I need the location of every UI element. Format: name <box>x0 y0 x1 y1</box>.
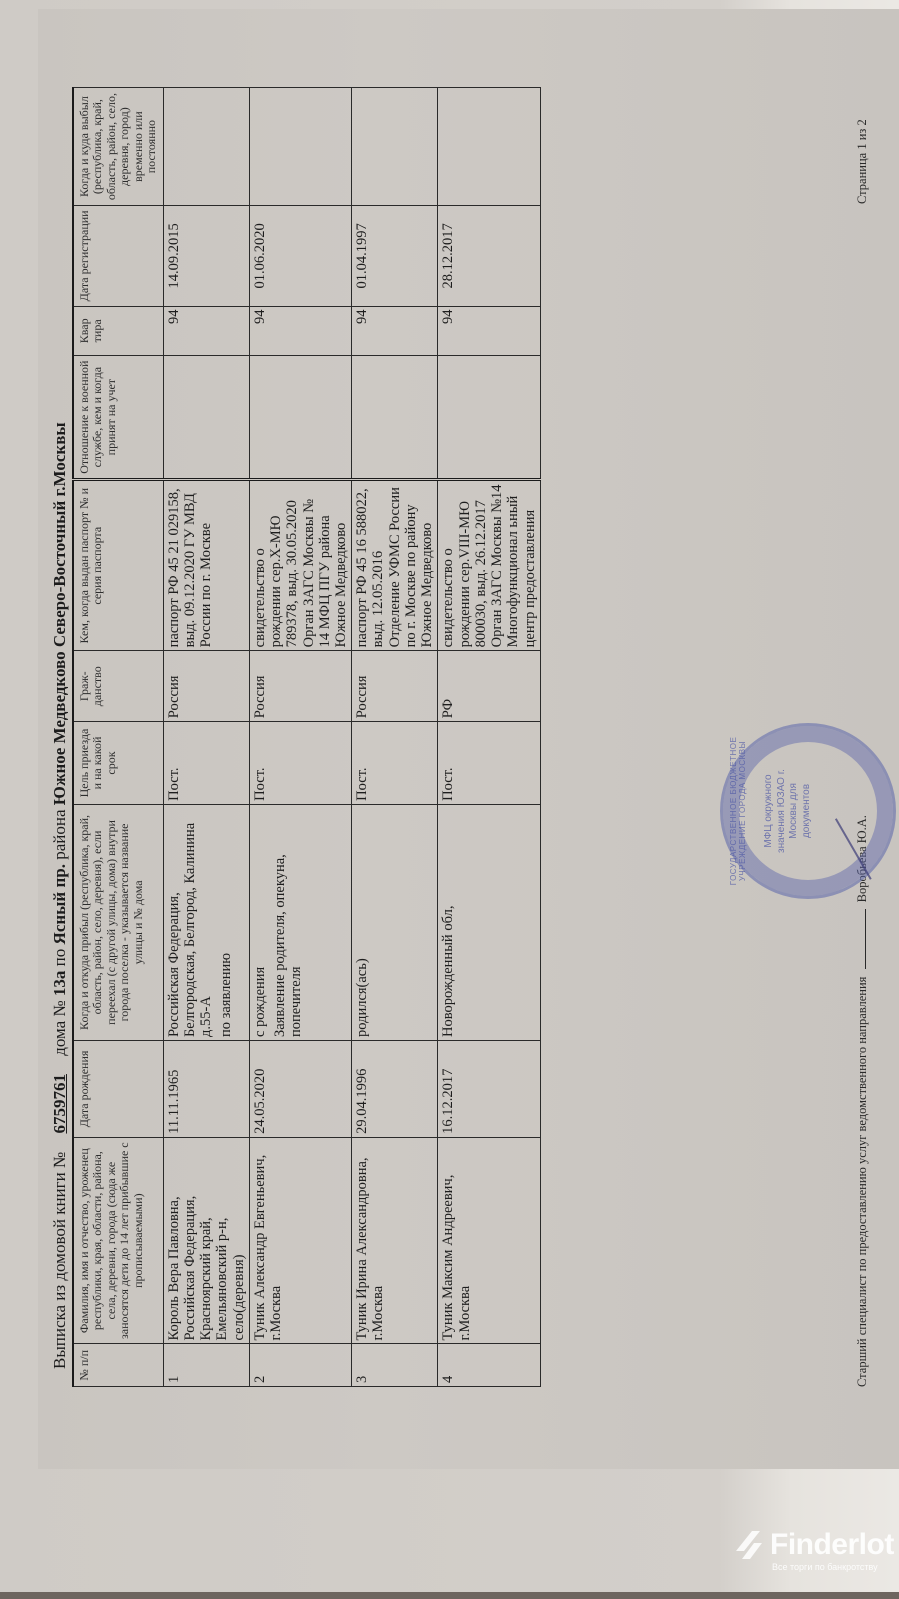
resident-name: Туник Ирина Александровна, г.Москва <box>352 1137 438 1344</box>
arrived-from-text: родился(ась) <box>354 808 370 1037</box>
book-number: 6759761 <box>50 1074 69 1134</box>
military-status <box>438 356 540 480</box>
military-status <box>249 356 351 480</box>
signer-title: Старший специалист по предоставлению усл… <box>855 977 869 1387</box>
rotated-document-page: Выписка из домовой книги № 6759761 дома … <box>0 0 899 1599</box>
signature-line: Старший специалист по предоставлению усл… <box>855 815 870 1387</box>
departed-info <box>163 88 249 206</box>
table-row: 3Туник Ирина Александровна, г.Москва29.0… <box>352 88 438 1387</box>
house-number: 13а <box>50 971 69 997</box>
apartment: 94 <box>249 306 351 356</box>
header-departed: Когда и куда выбыл (республика, край, об… <box>73 88 163 206</box>
signature-blank <box>865 909 866 969</box>
arrived-note: по заявлению <box>218 808 234 1037</box>
house-register-table: № п/п Фамилия, имя и отчество, уроженец … <box>72 87 541 1387</box>
official-stamp: ГОСУДАРСТВЕННОЕ БЮДЖЕТНОЕ УЧРЕЖДЕНИЕ ГОР… <box>720 723 896 899</box>
arrived-from: родился(ась) <box>352 804 438 1040</box>
arrived-from-text: Новорожденный обл, <box>440 808 456 1037</box>
registration-date: 28.12.2017 <box>438 206 540 306</box>
district-name: Южное Медведково Северо-Восточный г.Моск… <box>50 422 69 805</box>
row-num: 3 <box>352 1344 438 1387</box>
title-by: по <box>50 949 69 967</box>
header-citizenship: Граж-данство <box>73 651 163 722</box>
finderlot-logo-icon <box>730 1525 770 1565</box>
row-num: 4 <box>438 1344 540 1387</box>
birth-date: 11.11.1965 <box>163 1041 249 1138</box>
header-name: Фамилия, имя и отчество, уроженец респуб… <box>73 1137 163 1344</box>
registration-date: 01.06.2020 <box>249 206 351 306</box>
stamp-ring-text: ГОСУДАРСТВЕННОЕ БЮДЖЕТНОЕ УЧРЕЖДЕНИЕ ГОР… <box>729 734 747 888</box>
citizenship: Россия <box>163 651 249 722</box>
arrived-from: Новорожденный обл, <box>438 804 540 1040</box>
citizenship: Россия <box>249 651 351 722</box>
table-row: 2Туник Александр Евгеньевич, г.Москва24.… <box>249 88 351 1387</box>
header-passport: Кем, когда выдан паспорт № и серия паспо… <box>73 480 163 651</box>
title-district: района <box>50 809 69 859</box>
header-apartment: Квар тира <box>73 306 163 356</box>
header-birth-date: Дата рождения <box>73 1041 163 1138</box>
military-status <box>163 356 249 480</box>
table-row: 1Король Вера Павловна, Российская Федера… <box>163 88 249 1387</box>
departed-info <box>352 88 438 206</box>
title-house: дома № <box>50 1000 69 1055</box>
purpose: Пост. <box>352 722 438 805</box>
title-prefix: Выписка из домовой книги № <box>50 1152 69 1369</box>
resident-name: Король Вера Павловна, Российская Федерац… <box>163 1137 249 1344</box>
watermark-tagline: Все торги по банкротству <box>772 1562 878 1572</box>
registration-date: 14.09.2015 <box>163 206 249 306</box>
header-arrived-from: Когда и откуда прибыл (республика, край,… <box>73 804 163 1040</box>
purpose: Пост. <box>438 722 540 805</box>
birth-date: 24.05.2020 <box>249 1041 351 1138</box>
arrived-note: Заявление родителя, опекуна, попечителя <box>272 808 304 1037</box>
row-num: 2 <box>249 1344 351 1387</box>
page-number: Страница 1 из 2 <box>855 119 870 204</box>
birth-date: 29.04.1996 <box>352 1041 438 1138</box>
watermark-brand: Finderlot <box>770 1528 894 1562</box>
passport-info: свидетельство о рождении сер.VIII-МЮ 800… <box>438 480 540 651</box>
header-military: Отношение к военной службе, кем и когда … <box>73 356 163 480</box>
photo-edge <box>0 1592 899 1599</box>
apartment: 94 <box>352 306 438 356</box>
apartment: 94 <box>438 306 540 356</box>
birth-date: 16.12.2017 <box>438 1041 540 1138</box>
citizenship: РФ <box>438 651 540 722</box>
departed-info <box>249 88 351 206</box>
table-row: 4Туник Максим Андреевич, г.Москва16.12.2… <box>438 88 540 1387</box>
document-title: Выписка из домовой книги № 6759761 дома … <box>50 69 70 1369</box>
apartment: 94 <box>163 306 249 356</box>
row-num: 1 <box>163 1344 249 1387</box>
citizenship: Россия <box>352 651 438 722</box>
street-name: Ясный пр. <box>50 864 69 944</box>
purpose: Пост. <box>249 722 351 805</box>
table-header-row: № п/п Фамилия, имя и отчество, уроженец … <box>73 88 163 1387</box>
table-body: 1Король Вера Павловна, Российская Федера… <box>163 88 540 1387</box>
purpose: Пост. <box>163 722 249 805</box>
departed-info <box>438 88 540 206</box>
header-reg-date: Дата регистрации <box>73 206 163 306</box>
header-num: № п/п <box>73 1344 163 1387</box>
passport-info: паспорт РФ 45 16 588022, выд. 12.05.2016… <box>352 480 438 651</box>
passport-info: паспорт РФ 45 21 029158, выд. 09.12.2020… <box>163 480 249 651</box>
resident-name: Туник Александр Евгеньевич, г.Москва <box>249 1137 351 1344</box>
registration-date: 01.04.1997 <box>352 206 438 306</box>
arrived-from: с рожденияЗаявление родителя, опекуна, п… <box>249 804 351 1040</box>
passport-info: свидетельство о рождении сер.X-МЮ 789378… <box>249 480 351 651</box>
arrived-from-text: с рождения <box>252 808 268 1037</box>
arrived-from-text: Российская Федерация, Белгородская, Белг… <box>166 808 215 1037</box>
resident-name: Туник Максим Андреевич, г.Москва <box>438 1137 540 1344</box>
arrived-from: Российская Федерация, Белгородская, Белг… <box>163 804 249 1040</box>
military-status <box>352 356 438 480</box>
header-purpose: Цель приезда и на какой срок <box>73 722 163 805</box>
